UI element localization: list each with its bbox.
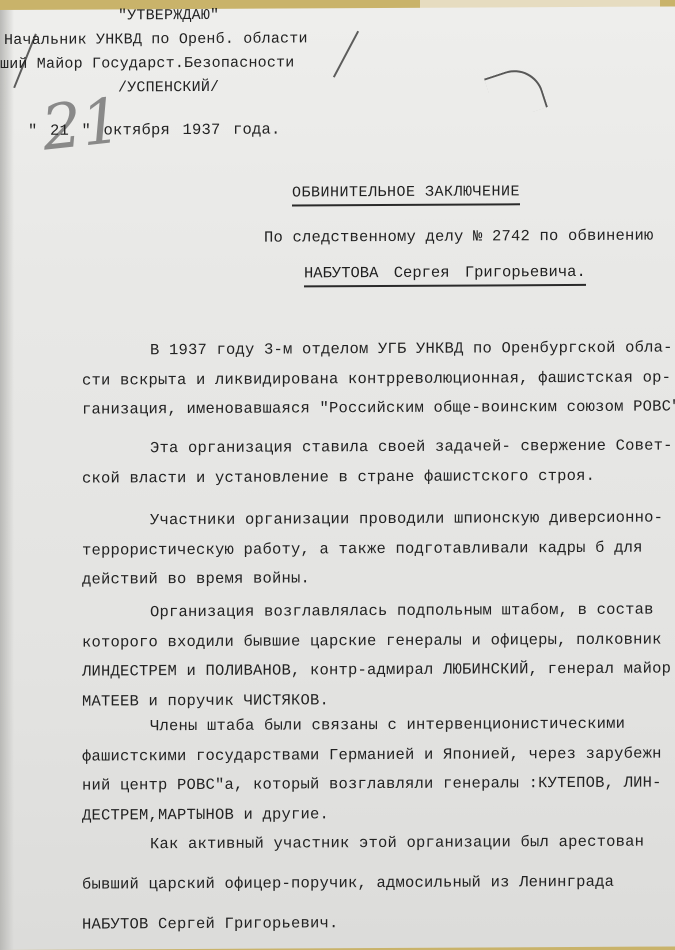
- body-line: Участники организации проводили шпионску…: [150, 509, 663, 530]
- body-paragraph: Члены штаба были связаны с интервенциони…: [0, 6, 675, 10]
- body-line: действий во время войны.: [82, 569, 310, 588]
- handwritten-number-mark: [484, 62, 548, 123]
- body-line: Эта организация ставила своей задачей- с…: [150, 436, 673, 457]
- body-line: ний центр РОВС"а, который возглавляли ге…: [82, 774, 662, 795]
- approval-date: " 21 " октября 1937 года.: [28, 121, 281, 140]
- pen-stroke-mark: [333, 31, 359, 78]
- body-line: ской власти и установление в стране фаши…: [82, 466, 595, 487]
- body-line: фашистскими государствами Германией и Яп…: [82, 744, 662, 765]
- approval-heading: "УТВЕРЖДАЮ": [118, 7, 219, 25]
- document-title: ОБВИНИТЕЛЬНОЕ ЗАКЛЮЧЕНИЕ: [292, 183, 520, 206]
- body-line: ганизация, именовавшаяся "Российским общ…: [82, 397, 675, 418]
- document-body: В 1937 году 3-м отделом УГБ УНКВД по Оре…: [0, 6, 675, 10]
- case-line: По следственному делу № 2742 по обвинени…: [264, 227, 654, 247]
- body-line: сти вскрыта и ликвидирована контрреволюц…: [82, 368, 671, 389]
- body-paragraph: Участники организации проводили шпионску…: [0, 6, 675, 10]
- body-line: которого входили бывшие царские генералы…: [82, 630, 662, 651]
- body-line: террористическую работу, а также подгота…: [82, 538, 643, 559]
- body-line: МАТЕЕВ и поручик ЧИСТЯКОВ.: [82, 691, 329, 710]
- approval-signature: /УСПЕНСКИЙ/: [118, 79, 219, 97]
- body-line: бывший царский офицер-поручик, адмосильн…: [82, 873, 614, 894]
- body-paragraph: В 1937 году 3-м отделом УГБ УНКВД по Оре…: [0, 6, 675, 10]
- body-line: Члены штаба были связаны с интервенциони…: [150, 715, 625, 735]
- body-paragraph: Организация возглавлялась подпольным шта…: [0, 6, 675, 10]
- approval-rank: ший Майор Государст.Безопасности: [0, 54, 294, 73]
- body-paragraph: Эта организация ставила своей задачей- с…: [0, 6, 675, 10]
- document-page: 21 "УТВЕРЖДАЮ" Начальник УНКВД по Оренб.…: [0, 6, 675, 950]
- accused-name: НАБУТОВА Сергея Григорьевича.: [304, 263, 586, 287]
- body-paragraph: Как активный участник этой организации б…: [0, 6, 675, 10]
- body-line: Организация возглавлялась подпольным шта…: [150, 601, 654, 622]
- body-line: ЛИНДЕСТРЕМ и ПОЛИВАНОВ, контр-адмирал ЛЮ…: [82, 659, 671, 680]
- body-line: ДЕСТРЕМ,МАРТЫНОВ и другие.: [82, 805, 329, 824]
- approval-position: Начальник УНКВД по Оренб. области: [4, 30, 308, 49]
- body-line: Как активный участник этой организации б…: [150, 833, 644, 854]
- body-line: НАБУТОВ Сергей Григорьевич.: [82, 914, 339, 933]
- body-line: В 1937 году 3-м отделом УГБ УНКВД по Оре…: [150, 338, 673, 359]
